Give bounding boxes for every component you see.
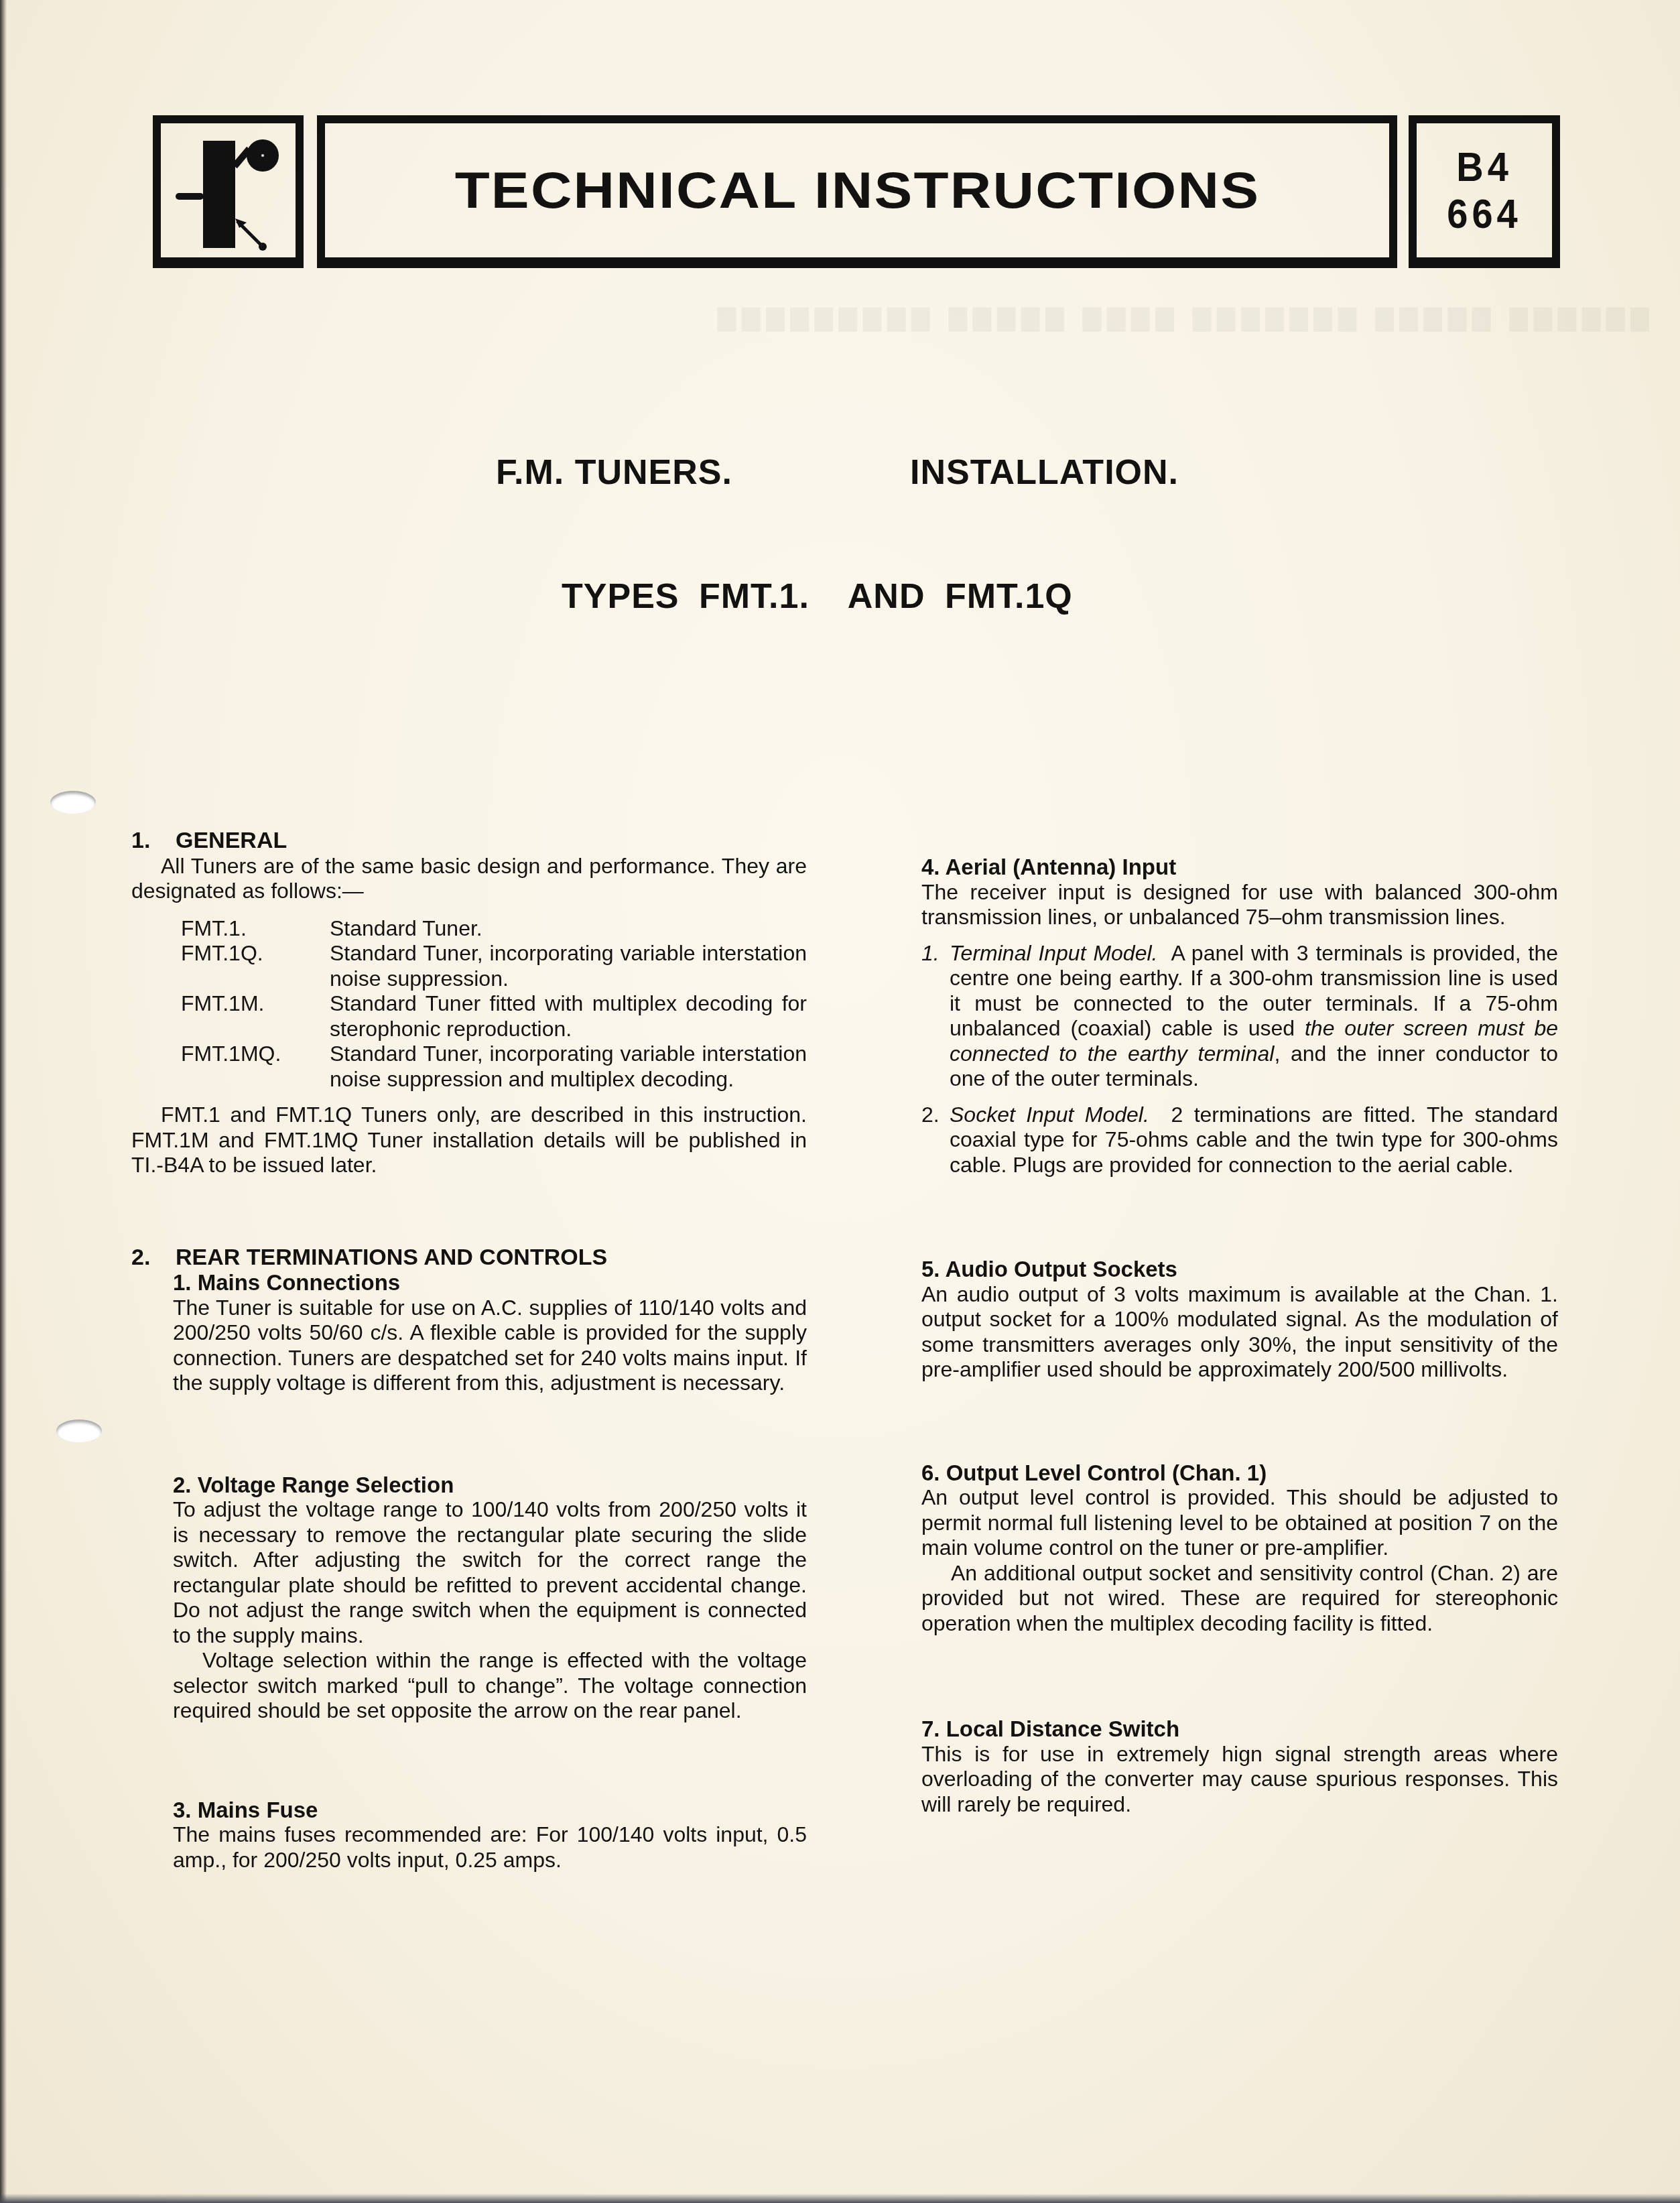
punch-hole-top: [50, 791, 96, 814]
item-label: Socket Input Model.: [950, 1103, 1149, 1127]
subsection-body: The Tuner is suitable for use on A.C. su…: [173, 1296, 807, 1396]
item-number: 2.: [921, 1103, 950, 1178]
document-title: TECHNICAL INSTRUCTIONS: [454, 162, 1260, 220]
subsection-mains-fuse: 3. Mains Fuse The mains fuses recommende…: [131, 1798, 807, 1873]
item-body: Terminal Input Model. A panel with 3 ter…: [950, 941, 1558, 1092]
transistor-r-logo-icon: [164, 126, 291, 253]
model-item: FMT.1Q. Standard Tuner, incorporating va…: [181, 941, 807, 991]
document-code-box: B4 664: [1409, 115, 1560, 268]
subsection-heading: 2. Voltage Range Selection: [173, 1472, 807, 1498]
page-edge-shadow: [0, 0, 7, 2203]
section-general: 1.GENERAL All Tuners are of the same bas…: [131, 828, 807, 1178]
item-label: Terminal Input Model.: [950, 941, 1157, 965]
section-body: This is for use in extremely hign signal…: [921, 1742, 1558, 1818]
left-column: 1.GENERAL All Tuners are of the same bas…: [131, 828, 807, 1873]
model-code: FMT.1.: [181, 916, 330, 942]
subsection-voltage-range: 2. Voltage Range Selection To adjust the…: [131, 1472, 807, 1724]
model-description: Standard Tuner, incorporating variable i…: [330, 941, 807, 991]
subtitle-topic: INSTALLATION.: [910, 452, 1179, 493]
section-body: An output level control is provided. Thi…: [921, 1485, 1558, 1561]
subtitle-types: TYPES FMT.1. AND FMT.1Q: [562, 576, 1073, 617]
item-number: 1.: [921, 941, 950, 1092]
section-title: REAR TERMINATIONS AND CONTROLS: [176, 1245, 607, 1270]
section-heading: 4. Aerial (Antenna) Input: [921, 855, 1558, 880]
section-body-continued: An additional output socket and sensitiv…: [921, 1561, 1558, 1637]
model-code: FMT.1MQ.: [181, 1042, 330, 1092]
section-heading: 5. Audio Output Sockets: [921, 1257, 1558, 1282]
general-intro: All Tuners are of the same basic design …: [131, 854, 807, 904]
subtitle-product: F.M. TUNERS.: [496, 452, 732, 493]
aerial-item: 1. Terminal Input Model. A panel with 3 …: [921, 941, 1558, 1092]
model-list: FMT.1. Standard Tuner. FMT.1Q. Standard …: [181, 916, 807, 1092]
punch-hole-bottom: [56, 1420, 102, 1442]
section-heading: 6. Output Level Control (Chan. 1): [921, 1460, 1558, 1486]
page-edge-shadow-bottom: [0, 2194, 1680, 2203]
document-code-number: 664: [1447, 188, 1521, 240]
general-note: FMT.1 and FMT.1Q Tuners only, are descri…: [131, 1103, 807, 1178]
subsection-body: To adjust the voltage range to 100/140 v…: [173, 1497, 807, 1648]
model-description: Standard Tuner, incorporating variable i…: [330, 1042, 807, 1092]
section-number: 2.: [131, 1245, 176, 1271]
item-body: Socket Input Model. 2 terminations are f…: [950, 1103, 1558, 1178]
section-body: The receiver input is designed for use w…: [921, 880, 1558, 930]
section-body: An audio output of 3 volts maximum is av…: [921, 1282, 1558, 1383]
section-output-level: 6. Output Level Control (Chan. 1) An out…: [921, 1460, 1558, 1637]
logo-box: [153, 115, 304, 268]
subsection-body-continued: Voltage selection within the range is ef…: [173, 1648, 807, 1724]
section-heading: 1.GENERAL: [131, 828, 807, 854]
subsection-body: The mains fuses recommended are: For 100…: [173, 1822, 807, 1873]
subsection-heading: 1. Mains Connections: [173, 1270, 807, 1296]
model-item: FMT.1. Standard Tuner.: [181, 916, 807, 942]
subsection-mains-connections: 1. Mains Connections The Tuner is suitab…: [131, 1270, 807, 1396]
section-title: GENERAL: [176, 828, 287, 853]
model-code: FMT.1M.: [181, 991, 330, 1042]
model-code: FMT.1Q.: [181, 941, 330, 991]
document-code-series: B4: [1456, 141, 1512, 193]
section-aerial-input: 4. Aerial (Antenna) Input The receiver i…: [921, 855, 1558, 1178]
section-audio-output: 5. Audio Output Sockets An audio output …: [921, 1257, 1558, 1383]
right-column: 4. Aerial (Antenna) Input The receiver i…: [921, 855, 1558, 1817]
section-local-distance: 7. Local Distance Switch This is for use…: [921, 1716, 1558, 1817]
model-item: FMT.1MQ. Standard Tuner, incorporating v…: [181, 1042, 807, 1092]
subtitle-row: F.M. TUNERS. INSTALLATION.: [0, 452, 1680, 499]
section-heading: 2.REAR TERMINATIONS AND CONTROLS: [131, 1245, 807, 1271]
section-number: 1.: [131, 828, 176, 854]
aerial-item: 2. Socket Input Model. 2 terminations ar…: [921, 1103, 1558, 1178]
subsection-heading: 3. Mains Fuse: [173, 1798, 807, 1823]
section-rear-terminations: 2.REAR TERMINATIONS AND CONTROLS 1. Main…: [131, 1245, 807, 1873]
model-description: Standard Tuner.: [330, 916, 807, 942]
title-box: TECHNICAL INSTRUCTIONS: [317, 115, 1397, 268]
section-heading: 7. Local Distance Switch: [921, 1716, 1558, 1742]
reverse-side-show-through: ▇▇▇▇▇▇ ▇▇▇▇▇ ▇▇▇▇▇▇▇ ▇▇▇▇ ▇▇▇▇▇ ▇▇▇▇▇▇▇▇…: [27, 305, 1649, 332]
model-description: Standard Tuner fitted with multiplex dec…: [330, 991, 807, 1042]
model-item: FMT.1M. Standard Tuner fitted with multi…: [181, 991, 807, 1042]
